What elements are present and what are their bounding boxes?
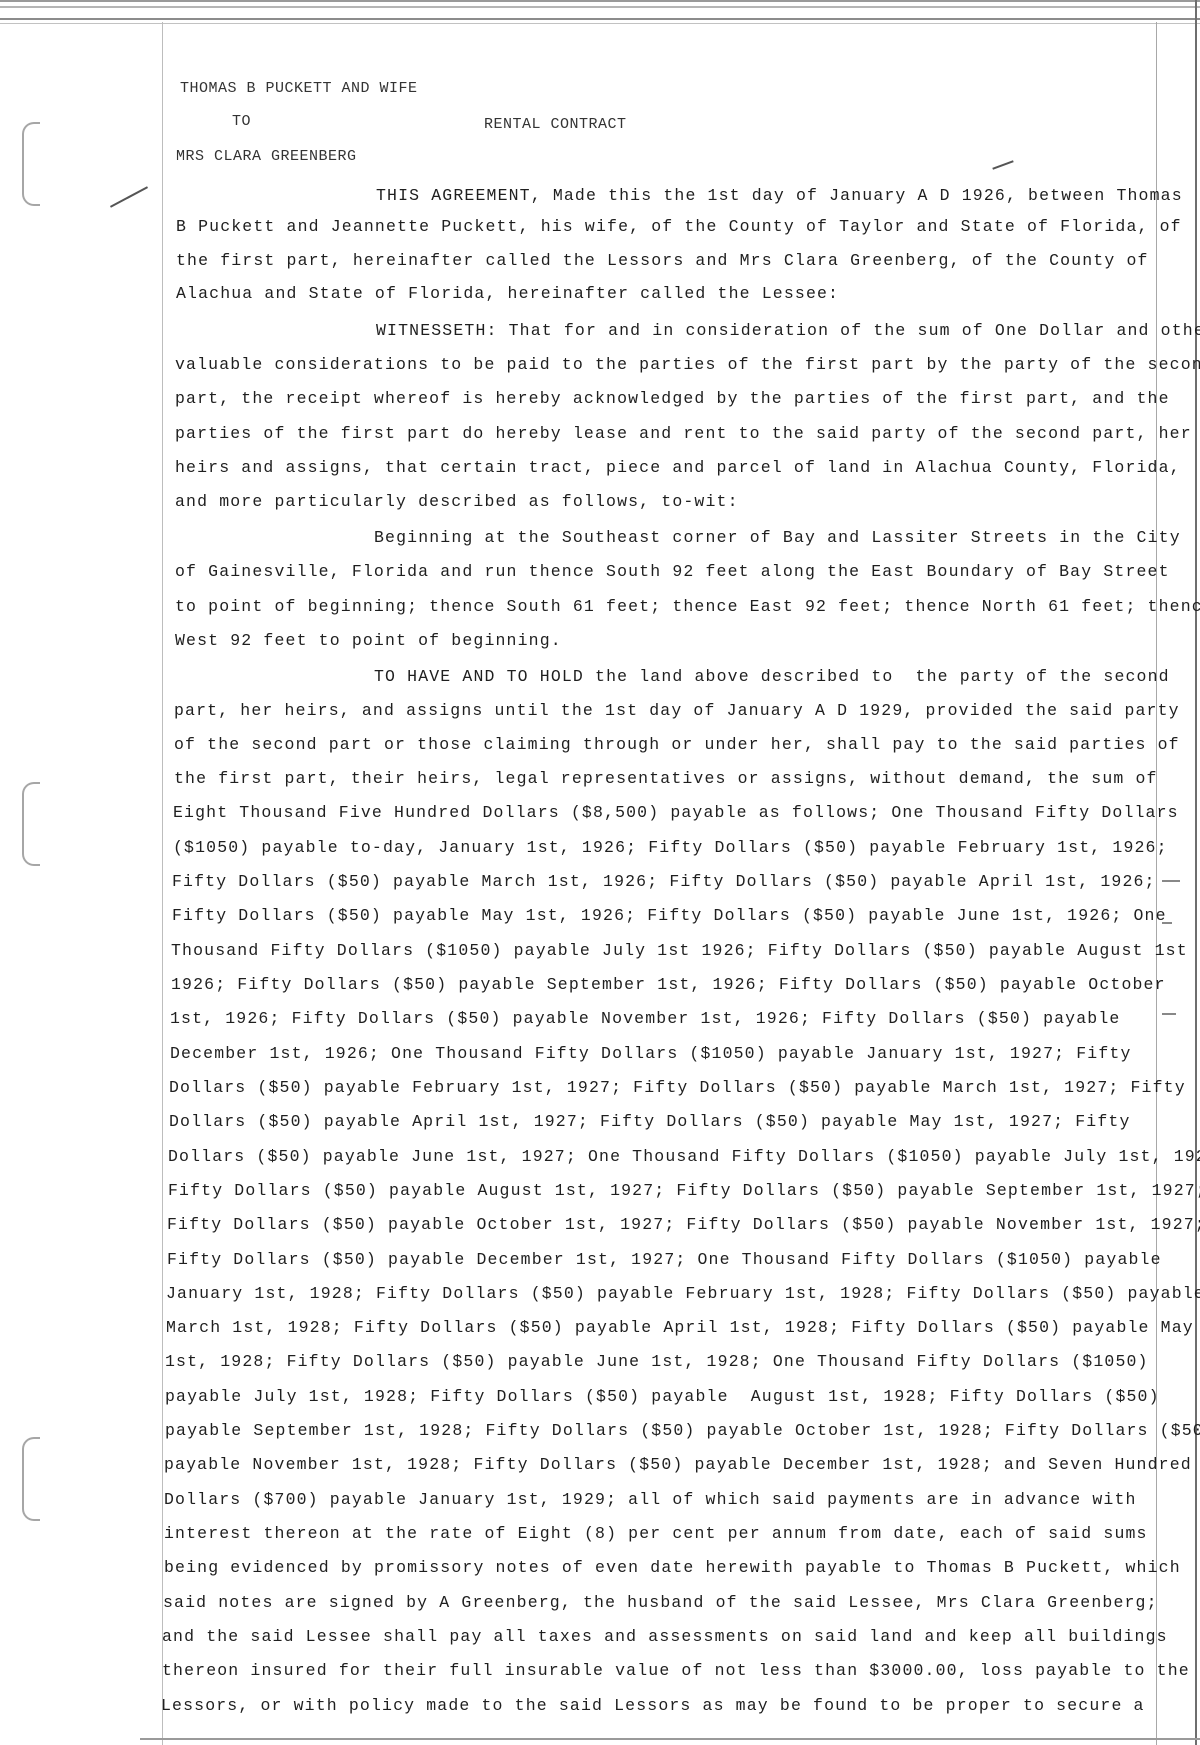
- body-line: and the said Lessee shall pay all taxes …: [162, 1627, 1168, 1646]
- body-line: payable September 1st, 1928; Fifty Dolla…: [165, 1421, 1200, 1440]
- body-line: Dollars ($50) payable February 1st, 1927…: [169, 1078, 1186, 1097]
- body-line: part, the receipt whereof is hereby ackn…: [175, 389, 1170, 408]
- margin-tick-icon: [1162, 1013, 1176, 1015]
- party-connector: TO: [232, 113, 251, 130]
- body-line: Dollars ($700) payable January 1st, 1929…: [164, 1490, 1137, 1509]
- right-margin-line: [1156, 22, 1157, 1745]
- left-margin-line: [162, 22, 163, 1745]
- body-line: and more particularly described as follo…: [175, 492, 739, 511]
- top-rule-secondary: [0, 18, 1200, 24]
- body-line: Dollars ($50) payable April 1st, 1927; F…: [169, 1112, 1131, 1131]
- document-page: THOMAS B PUCKETT AND WIFE TO RENTAL CONT…: [0, 0, 1200, 1745]
- body-line: parties of the first part do hereby leas…: [175, 424, 1192, 443]
- binder-hole-icon: [22, 122, 40, 206]
- body-line: TO HAVE AND TO HOLD the land above descr…: [170, 667, 1170, 686]
- body-line: December 1st, 1926; One Thousand Fifty D…: [170, 1044, 1132, 1063]
- body-line: payable November 1st, 1928; Fifty Dollar…: [164, 1455, 1192, 1474]
- margin-tick-icon: [1162, 880, 1180, 882]
- binder-hole-icon: [22, 782, 40, 866]
- pencil-check-mark-icon: [110, 186, 148, 207]
- body-line: thereon insured for their full insurable…: [162, 1661, 1190, 1680]
- body-line: THIS AGREEMENT, Made this the 1st day of…: [172, 186, 1183, 205]
- body-line: Alachua and State of Florida, hereinafte…: [176, 284, 839, 303]
- body-line: Thousand Fifty Dollars ($1050) payable J…: [171, 941, 1188, 960]
- body-line: valuable considerations to be paid to th…: [175, 355, 1200, 374]
- body-line: March 1st, 1928; Fifty Dollars ($50) pay…: [166, 1318, 1194, 1337]
- body-line: to point of beginning; thence South 61 f…: [175, 597, 1200, 616]
- body-line: interest thereon at the rate of Eight (8…: [164, 1524, 1148, 1543]
- body-line: said notes are signed by A Greenberg, th…: [163, 1593, 1158, 1612]
- body-line: Fifty Dollars ($50) payable March 1st, 1…: [172, 872, 1156, 891]
- body-line: Dollars ($50) payable June 1st, 1927; On…: [168, 1147, 1200, 1166]
- right-page-edge: [1195, 0, 1197, 1745]
- body-line: Fifty Dollars ($50) payable October 1st,…: [167, 1215, 1200, 1234]
- body-line: 1st, 1928; Fifty Dollars ($50) payable J…: [165, 1352, 1149, 1371]
- document-title: RENTAL CONTRACT: [484, 116, 627, 133]
- body-line: of Gainesville, Florida and run thence S…: [175, 562, 1170, 581]
- body-line: Fifty Dollars ($50) payable May 1st, 192…: [172, 906, 1167, 925]
- body-line: 1st, 1926; Fifty Dollars ($50) payable N…: [170, 1009, 1120, 1028]
- body-line: payable July 1st, 1928; Fifty Dollars ($…: [165, 1387, 1160, 1406]
- body-line: B Puckett and Jeannette Puckett, his wif…: [176, 217, 1182, 236]
- body-line: January 1st, 1928; Fifty Dollars ($50) p…: [166, 1284, 1200, 1303]
- body-line: of the second part or those claiming thr…: [174, 735, 1180, 754]
- party-to: MRS CLARA GREENBERG: [176, 148, 357, 165]
- bottom-rule: [140, 1738, 1200, 1740]
- binder-hole-icon: [22, 1437, 40, 1521]
- body-line: 1926; Fifty Dollars ($50) payable Septem…: [171, 975, 1166, 994]
- body-line: Beginning at the Southeast corner of Bay…: [170, 528, 1181, 547]
- pencil-check-mark-icon: [992, 160, 1013, 169]
- top-rule: [0, 0, 1200, 8]
- body-line: West 92 feet to point of beginning.: [175, 631, 562, 650]
- body-line: Fifty Dollars ($50) payable August 1st, …: [168, 1181, 1200, 1200]
- body-line: part, her heirs, and assigns until the 1…: [174, 701, 1180, 720]
- body-line: being evidenced by promissory notes of e…: [164, 1558, 1181, 1577]
- body-line: the first part, their heirs, legal repre…: [174, 769, 1158, 788]
- body-line: Eight Thousand Five Hundred Dollars ($8,…: [173, 803, 1179, 822]
- party-from: THOMAS B PUCKETT AND WIFE: [180, 80, 418, 97]
- body-line: the first part, hereinafter called the L…: [176, 251, 1149, 270]
- body-line: Fifty Dollars ($50) payable December 1st…: [167, 1250, 1162, 1269]
- body-line: heirs and assigns, that certain tract, p…: [175, 458, 1181, 477]
- body-line: ($1050) payable to-day, January 1st, 192…: [173, 838, 1168, 857]
- body-line: Lessors, or with policy made to the said…: [161, 1696, 1145, 1715]
- body-line: WITNESSETH: That for and in consideratio…: [172, 321, 1200, 340]
